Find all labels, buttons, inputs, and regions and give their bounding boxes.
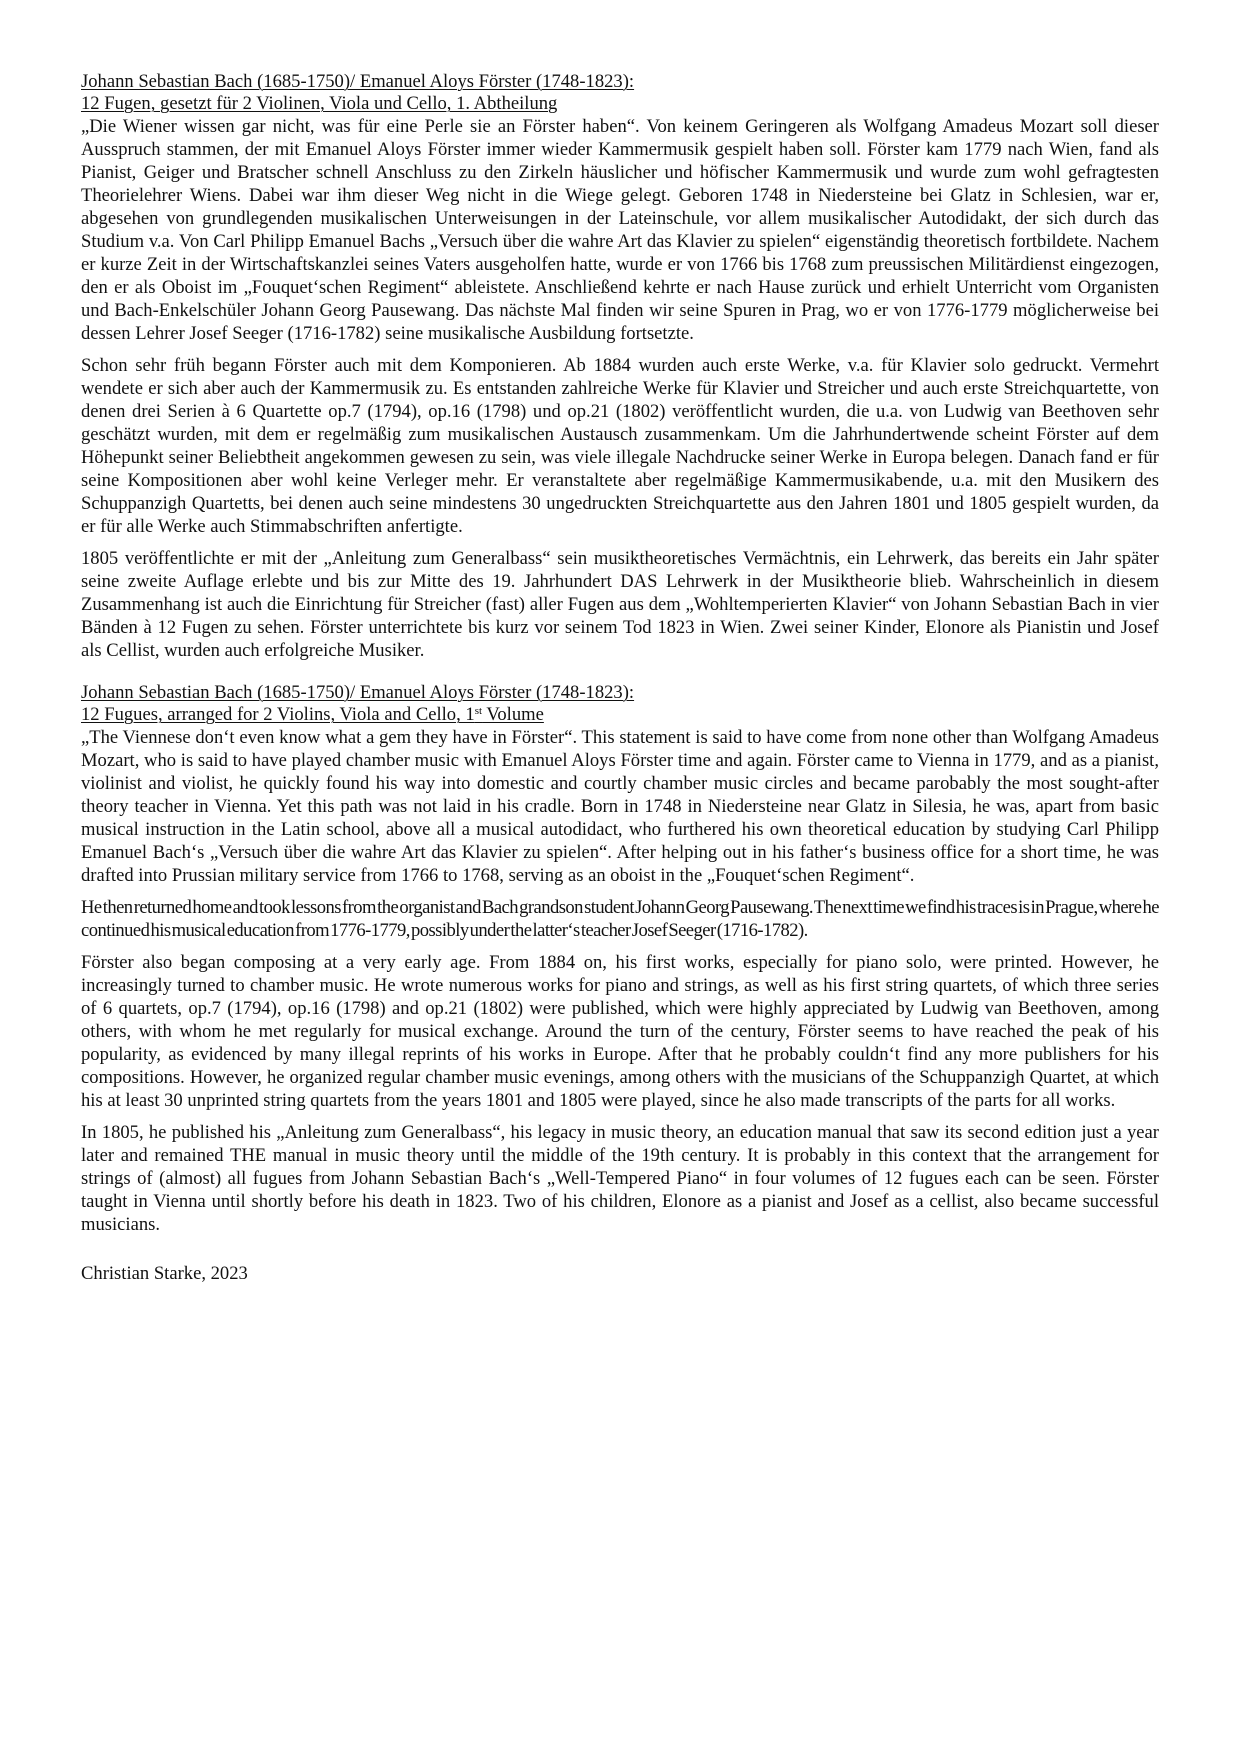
german-heading-composers: Johann Sebastian Bach (1685-1750)/ Emanu… [81,71,1159,93]
german-paragraph-biography: „Die Wiener wissen gar nicht, was für ei… [81,115,1159,345]
english-section: Johann Sebastian Bach (1685-1750)/ Emanu… [81,682,1159,1236]
ordinal-superscript: st [475,705,482,717]
english-heading-work-title-main: 12 Fugues, arranged for 2 Violins, Viola… [81,704,475,725]
english-heading-work-title: 12 Fugues, arranged for 2 Violins, Viola… [81,704,1159,726]
german-heading-work-title: 12 Fugen, gesetzt für 2 Violinen, Viola … [81,93,1159,115]
english-paragraph-training: He then returned home and took lessons f… [81,896,1159,942]
english-paragraph-biography: „The Viennese don‘t even know what a gem… [81,726,1159,887]
document-page: Johann Sebastian Bach (1685-1750)/ Emanu… [81,71,1159,1285]
english-heading-work-title-suffix: Volume [482,704,544,725]
english-heading-composers: Johann Sebastian Bach (1685-1750)/ Emanu… [81,682,1159,704]
german-paragraph-legacy: 1805 veröffentlichte er mit der „Anleitu… [81,547,1159,662]
english-paragraph-compositions: Förster also began composing at a very e… [81,951,1159,1112]
author-signature: Christian Starke, 2023 [81,1262,1159,1285]
english-paragraph-legacy: In 1805, he published his „Anleitung zum… [81,1121,1159,1236]
german-section: Johann Sebastian Bach (1685-1750)/ Emanu… [81,71,1159,662]
german-paragraph-compositions: Schon sehr früh begann Förster auch mit … [81,354,1159,538]
